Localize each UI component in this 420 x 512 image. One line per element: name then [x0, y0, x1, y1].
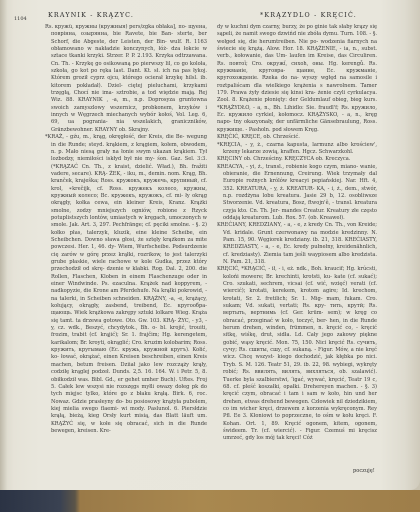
- running-header-right: *KRĄZYDLO - KRĘCIĆ.: [260, 12, 357, 19]
- entry-text: KRĘCIĆ, *KRĄCIĆ, - ił, - i, eż. ndk., Bo…: [217, 266, 377, 442]
- entry-text: dy w kuchni dym czarny, burzy, że po gin…: [217, 24, 377, 134]
- entry-text: *KRAŻ, - gźu, m., krąg, okręgłość, der K…: [45, 134, 207, 435]
- spine-shadow: [0, 0, 8, 490]
- closing-word: poczuję!: [353, 468, 375, 474]
- entry-text: Rs. кружû, кружны (кружныя) pers/zgka ob…: [45, 24, 207, 134]
- running-header-left: KRAYNIK - KRĄZYC.: [48, 12, 134, 19]
- right-column: dy w kuchni dym czarny, burzy, że po gin…: [217, 24, 377, 443]
- entry-text: KREĆIANY, KREDZIANY, - a, - e, z kredy C…: [217, 222, 377, 266]
- table-surface: [0, 490, 420, 512]
- left-column: Rs. кружû, кружны (кружныя) pers/zgka ob…: [45, 24, 207, 435]
- entry-text: *KRĘCIA, - y, ż., czarna kapusta, larmun…: [217, 142, 377, 157]
- dictionary-page: 1104 KRAYNIK - KRĄZYC. *KRĄZYDLO - KRĘCI…: [0, 0, 420, 490]
- entry-text: KREACYA, - yi, ż., transl., robienie kog…: [217, 164, 377, 223]
- page-number: 1104: [14, 16, 27, 22]
- entry-text: KRĘCINY ob. Chrześciny. KRĘCZYCA ob. Kre…: [217, 156, 377, 163]
- entry-text: KRĘĆIĆ, KRĘCE, ob. Chrześcić.: [217, 134, 377, 141]
